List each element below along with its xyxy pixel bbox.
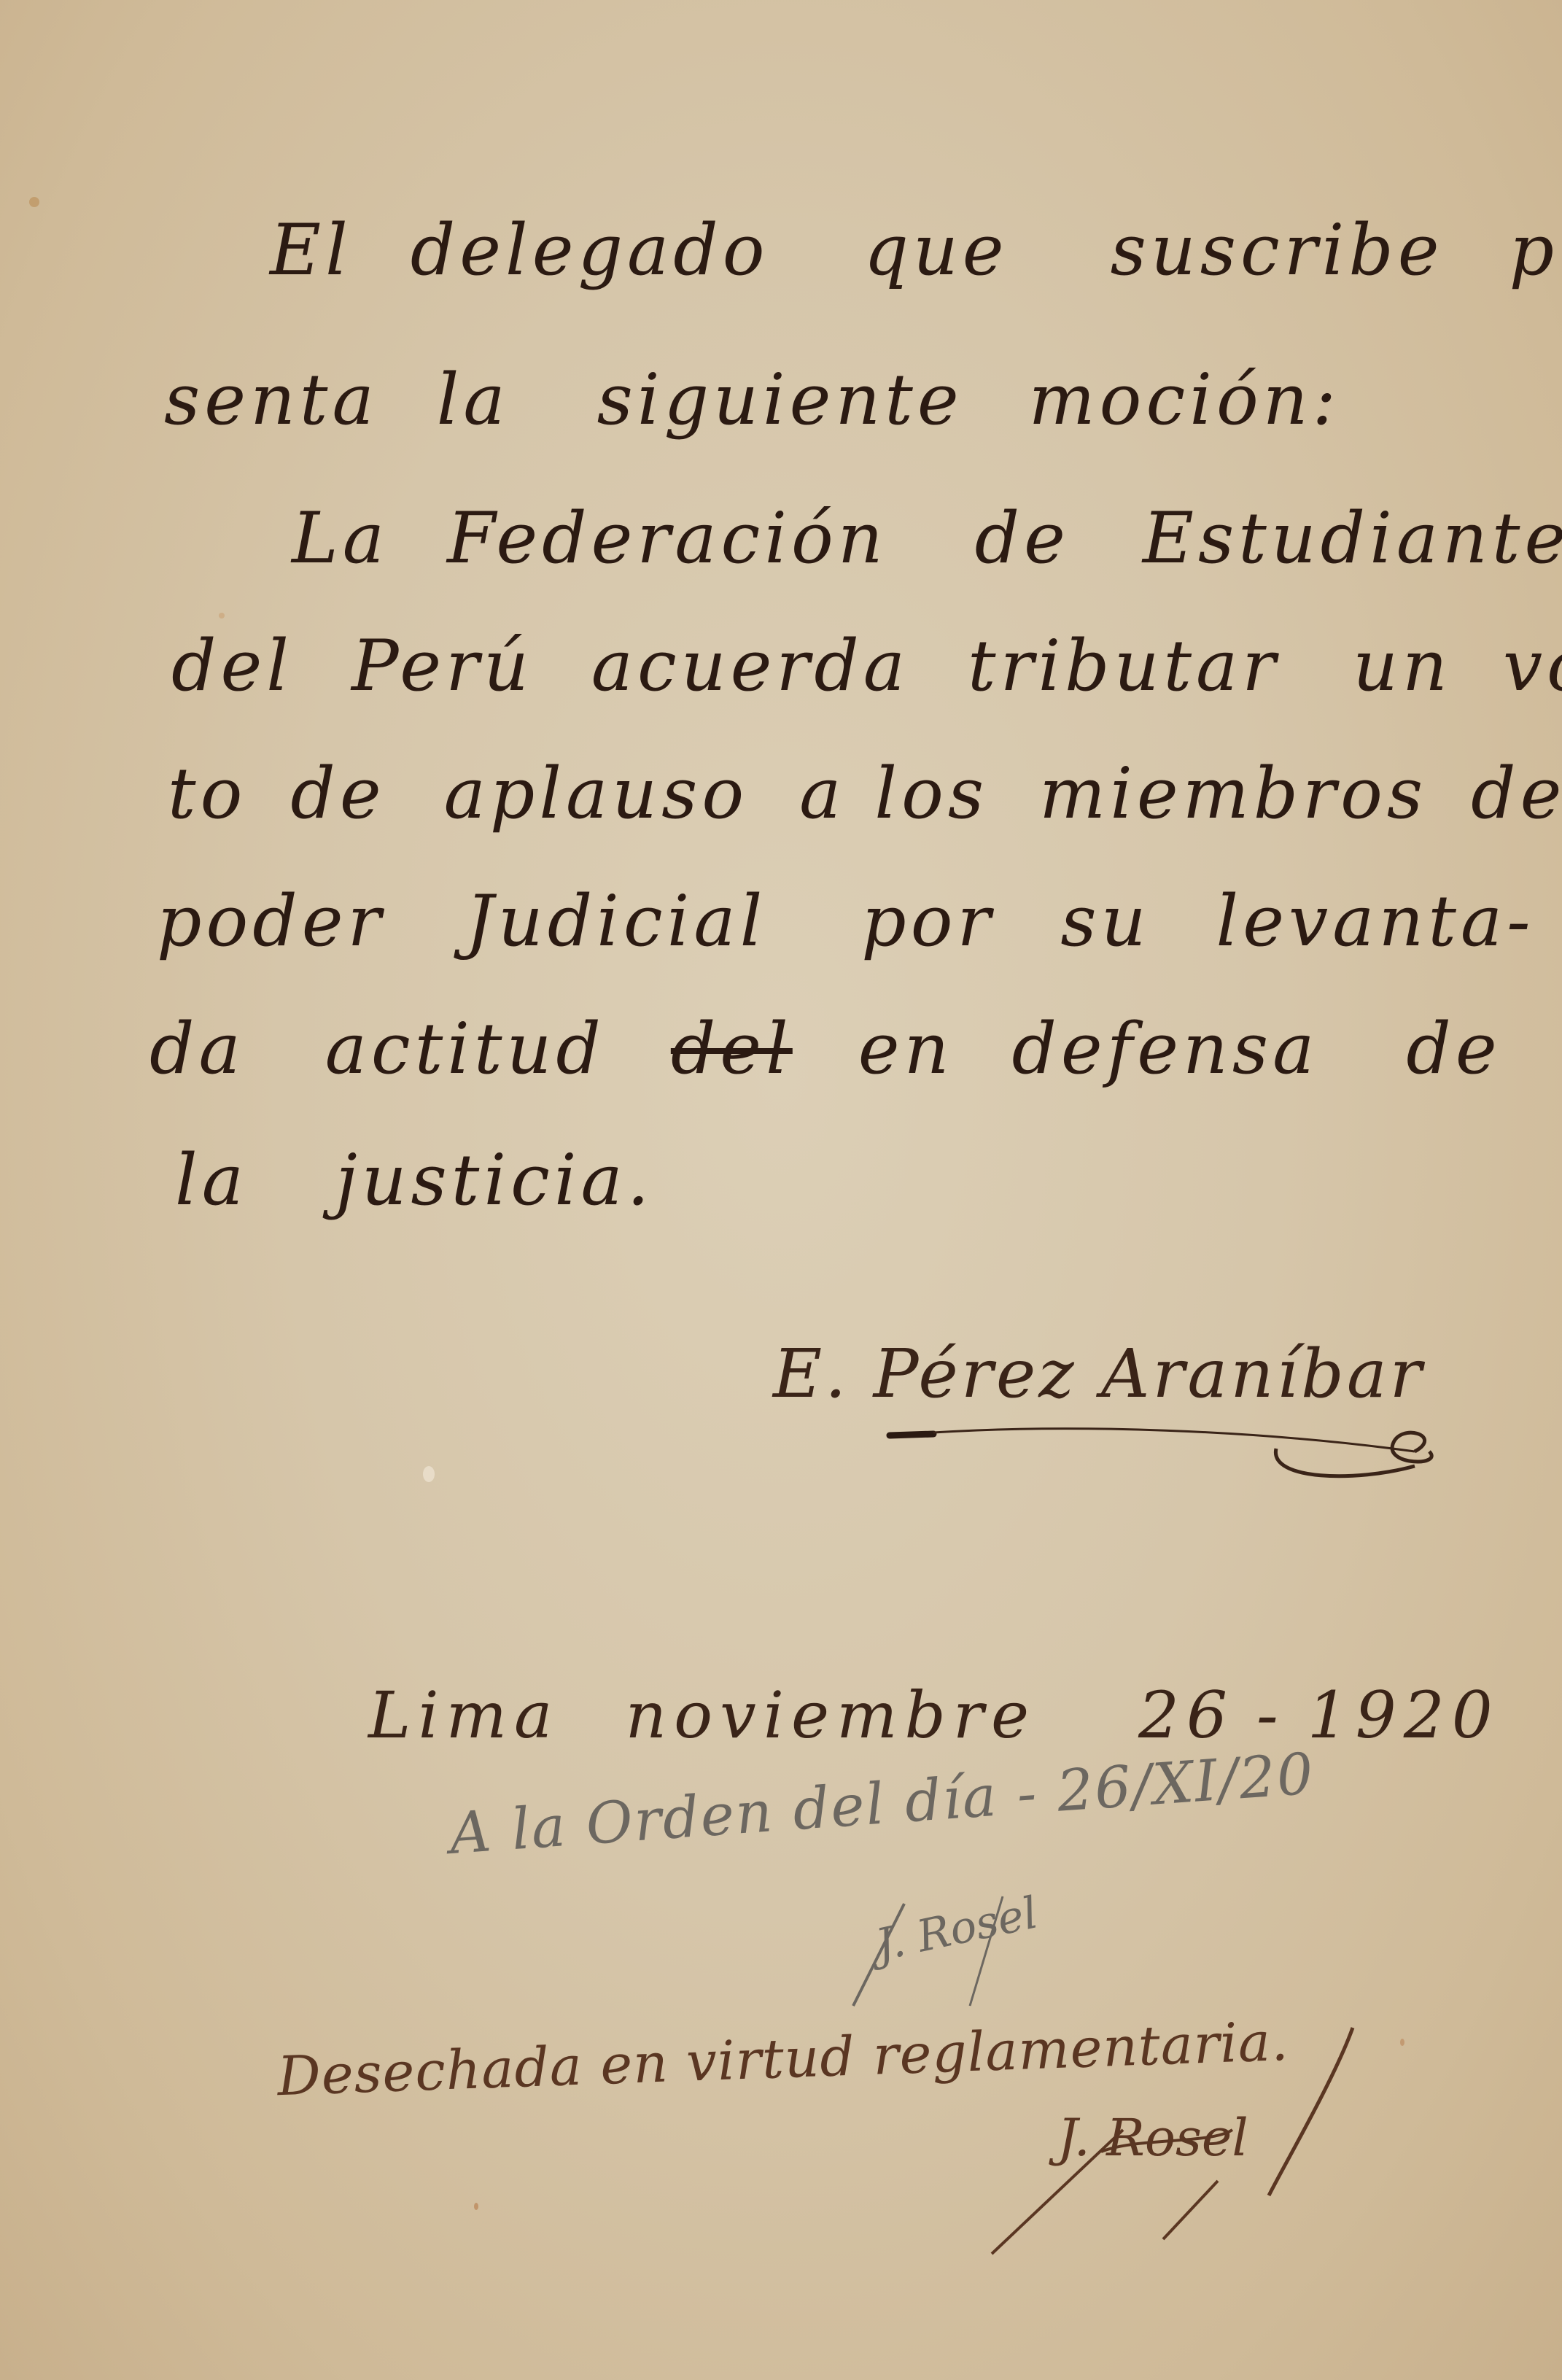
word: levanta- bbox=[1216, 886, 1535, 956]
word: de bbox=[290, 759, 385, 829]
body-line-6: poderJudicialporsulevanta- bbox=[157, 886, 1562, 956]
body-line-1: Eldelegadoquesuscribepre- bbox=[270, 215, 1562, 285]
word: defensa bbox=[1011, 1014, 1318, 1084]
word: del bbox=[171, 631, 293, 701]
word: la bbox=[437, 365, 510, 435]
word: acuerda bbox=[591, 631, 909, 701]
dateline-separator: - bbox=[1256, 1678, 1286, 1753]
word: miembros bbox=[1039, 759, 1427, 829]
word: Perú bbox=[351, 631, 533, 701]
dateline-year: 1920 bbox=[1308, 1678, 1500, 1753]
word: en bbox=[858, 1014, 954, 1084]
word: delegado bbox=[411, 215, 769, 285]
word: to bbox=[168, 759, 246, 829]
word: suscribe bbox=[1111, 215, 1444, 285]
word: aplauso bbox=[444, 759, 749, 829]
paper-stain bbox=[474, 2203, 478, 2210]
signature-flourish-icon bbox=[890, 1422, 1444, 1491]
word: La bbox=[292, 503, 389, 573]
paper-stain bbox=[29, 197, 39, 207]
paper-stain bbox=[219, 613, 225, 619]
body-line-8: lajusticia. bbox=[175, 1145, 712, 1215]
body-line-3: LaFederacióndeEstudiantes bbox=[292, 503, 1562, 573]
word: de bbox=[975, 503, 1070, 573]
word: El bbox=[270, 215, 352, 285]
word: siguiente bbox=[597, 365, 963, 435]
word: senta bbox=[164, 365, 378, 435]
pencil-annotation-text: A la Orden del día bbox=[448, 1764, 1000, 1867]
body-line-7: daactituddelendefensade bbox=[149, 1014, 1560, 1084]
dateline: Limanoviembre26-1920 bbox=[368, 1678, 1558, 1753]
body-line-4: delPerúacuerdatributarunvo- bbox=[171, 631, 1562, 701]
body-line-5: todeaplausoalosmiembrosdel bbox=[168, 759, 1562, 829]
word: moción: bbox=[1029, 365, 1340, 435]
ink-signature-flourish-icon bbox=[992, 2020, 1371, 2261]
author-signature: E. Pérez Araníbar bbox=[773, 1335, 1425, 1413]
word: la bbox=[175, 1145, 248, 1215]
word: a bbox=[799, 759, 845, 829]
word: su bbox=[1060, 886, 1150, 956]
paper-stain bbox=[1400, 2039, 1404, 2046]
word: del bbox=[1471, 759, 1562, 829]
word: pre- bbox=[1509, 215, 1562, 285]
word: poder bbox=[157, 886, 385, 956]
pencil-annotation-separator: - bbox=[1015, 1761, 1041, 1828]
word: los bbox=[874, 759, 988, 829]
struck-word: del bbox=[671, 1014, 793, 1084]
word: vo- bbox=[1503, 631, 1562, 701]
word: un bbox=[1353, 631, 1452, 701]
word: Federación bbox=[447, 503, 887, 573]
word: que bbox=[864, 215, 1009, 285]
dateline-month: noviembre bbox=[626, 1678, 1037, 1753]
dateline-day: 26 bbox=[1138, 1678, 1235, 1753]
pencil-annotation-date: 26/XI/20 bbox=[1055, 1741, 1317, 1824]
dateline-place: Lima bbox=[368, 1678, 560, 1753]
body-line-2: sentalasiguientemoción: bbox=[164, 365, 1399, 435]
pencil-stroke-icon bbox=[846, 1896, 1021, 2013]
word: tributar bbox=[968, 631, 1280, 701]
word: Estudiantes bbox=[1143, 503, 1562, 573]
word: justicia. bbox=[335, 1145, 653, 1215]
word: Judicial bbox=[465, 886, 766, 956]
word: actitud bbox=[325, 1014, 605, 1084]
word: por bbox=[861, 886, 995, 956]
document-page: Eldelegadoquesuscribepre- sentalasiguien… bbox=[0, 0, 1562, 2380]
word: de bbox=[1406, 1014, 1501, 1084]
paper-stain bbox=[423, 1466, 435, 1482]
word: da bbox=[149, 1014, 245, 1084]
pencil-annotation: A la Orden del día - 26/XI/20 bbox=[448, 1741, 1317, 1867]
